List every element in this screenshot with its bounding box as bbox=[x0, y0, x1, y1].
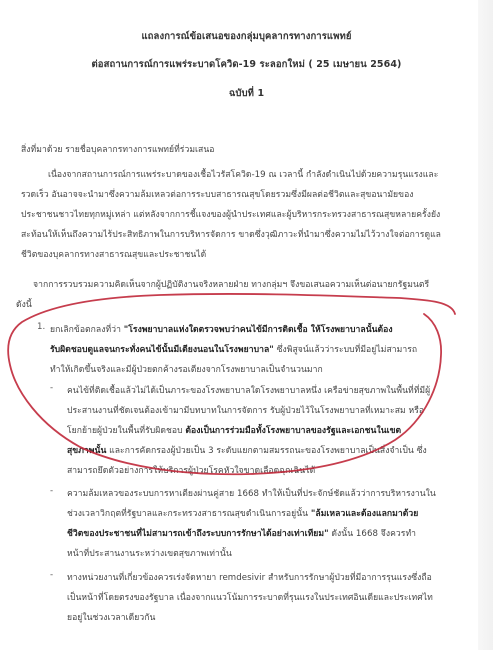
bullet-dash: - bbox=[50, 383, 53, 393]
summary-line: ดังนี้ bbox=[16, 297, 32, 311]
text-normal: โยกย้ายผู้ป่วยในพื้นที่รับผิดชอบ bbox=[67, 426, 185, 436]
summary-line: จากการรวบรวมความคิดเห็นจากผู้ปฏิบัติงานจ… bbox=[33, 277, 429, 291]
text-normal: ยกเลิกข้อตกลงที่ว่า bbox=[50, 325, 124, 335]
intro-line: เนื่องจากสถานการณ์การแพร่ระบาดของเชื้อไว… bbox=[48, 167, 438, 181]
sub-item-line: หน้าที่ประสานงานระหว่างเขตสุขภาพเท่านั้น bbox=[67, 546, 232, 560]
bullet-dash: - bbox=[50, 486, 53, 496]
sub-item-line: สุขภาพนั้น และการคัดกรองผู้ป่วยเป็น 3 ระ… bbox=[67, 443, 427, 457]
intro-line: รวดเร็ว อันอาจจะนำมาซึ่งความล้มเหลวต่อกา… bbox=[21, 187, 414, 201]
intro-line: ประชาชนชาวไทยทุกหมู่เหล่า แต่หลังจากการช… bbox=[21, 207, 440, 221]
sub-item-line: ทางหน่วยงานที่เกี่ยวข้องควรเร่งจัดหายา r… bbox=[67, 570, 432, 584]
text-normal: ดังนั้น 1668 จึงควรทำ bbox=[329, 529, 416, 539]
text-bold: ชีวิตของประชาชนที่ไม่สามารถเข้าถึงระบบกา… bbox=[67, 529, 329, 539]
sub-item-line: ชีวิตของประชาชนที่ไม่สามารถเข้าถึงระบบกา… bbox=[67, 526, 416, 540]
item-line: ยกเลิกข้อตกลงที่ว่า "โรงพยาบาลแห่งใดตรวจ… bbox=[50, 322, 393, 336]
sub-item-line: คนไข้ที่ติดเชื้อแล้วไม่ได้เป็นภาระของโรง… bbox=[67, 383, 430, 397]
text-bold: รับผิดชอบดูแลจนกระทั่งคนไข้นั้นมีเตียงนอ… bbox=[50, 345, 274, 355]
bullet-dash: - bbox=[50, 570, 53, 580]
sub-item-line: ยอยู่ในช่วงเวลาเดียวกัน bbox=[67, 610, 155, 624]
sub-item-line: ประสานงานที่ชัดเจนต้องเข้ามามีบทบาทในการ… bbox=[67, 403, 424, 417]
item-number: 1. bbox=[37, 322, 45, 332]
text-bold: ต้องเป็นการร่วมมือทั้งโรงพยาบาลของรัฐและ… bbox=[185, 426, 401, 436]
document-title-line-2: ต่อสถานการณ์การแพร่ระบาดโควิด-19 ระลอกให… bbox=[0, 57, 493, 72]
sub-item-line: ช่วงเวลาวิกฤตที่รัฐบาลและกระทรวงสาธารณสุ… bbox=[67, 506, 418, 520]
document-title-line-1: แถลงการณ์ข้อเสนอของกลุ่มบุคลากรทางการแพท… bbox=[0, 29, 493, 44]
intro-line: สะท้อนให้เห็นถึงความไร้ประสิทธิภาพในการบ… bbox=[21, 227, 441, 241]
text-bold: สุขภาพนั้น bbox=[67, 446, 106, 456]
attachment-line: สิ่งที่มาด้วย รายชื่อบุคลากรทางการแพทย์ท… bbox=[21, 142, 214, 156]
text-normal: และการคัดกรองผู้ป่วยเป็น 3 ระดับแยกตามสม… bbox=[106, 446, 426, 456]
document-edition-label: ฉบับที่ 1 bbox=[0, 86, 493, 101]
item-line: รับผิดชอบดูแลจนกระทั่งคนไข้นั้นมีเตียงนอ… bbox=[50, 342, 417, 356]
sub-item-line: เป็นหน้าที่โดยตรงของรัฐบาล เนื่องจากแนวโ… bbox=[67, 590, 433, 604]
text-bold: "ล้มเหลวและต้องแลกมาด้วย bbox=[311, 509, 418, 519]
sub-item-line: ความล้มเหลวของระบบการหาเตียงผ่านคู่สาย 1… bbox=[67, 486, 436, 500]
text-bold: "โรงพยาบาลแห่งใดตรวจพบว่าคนไข้มีการติดเช… bbox=[124, 325, 393, 335]
text-normal: ซึ่งพิสูจน์แล้วว่าระบบที่มีอยู่ไม่สามารถ bbox=[274, 345, 417, 355]
sub-item-line: โยกย้ายผู้ป่วยในพื้นที่รับผิดชอบ ต้องเป็… bbox=[67, 423, 401, 437]
sub-item-line: สามารถยึดตัวอย่างการให้บริการผู้ป่วยโรคห… bbox=[67, 463, 315, 477]
item-line: ทำให้เกิดขึ้นจริงและมีผู้ป่วยตกค้างรอเตี… bbox=[50, 362, 323, 376]
intro-line: ชีวิตของบุคลากรทางสาธารณสุขและประชาชนได้ bbox=[21, 247, 206, 261]
text-normal: ช่วงเวลาวิกฤตที่รัฐบาลและกระทรวงสาธารณสุ… bbox=[67, 509, 311, 519]
